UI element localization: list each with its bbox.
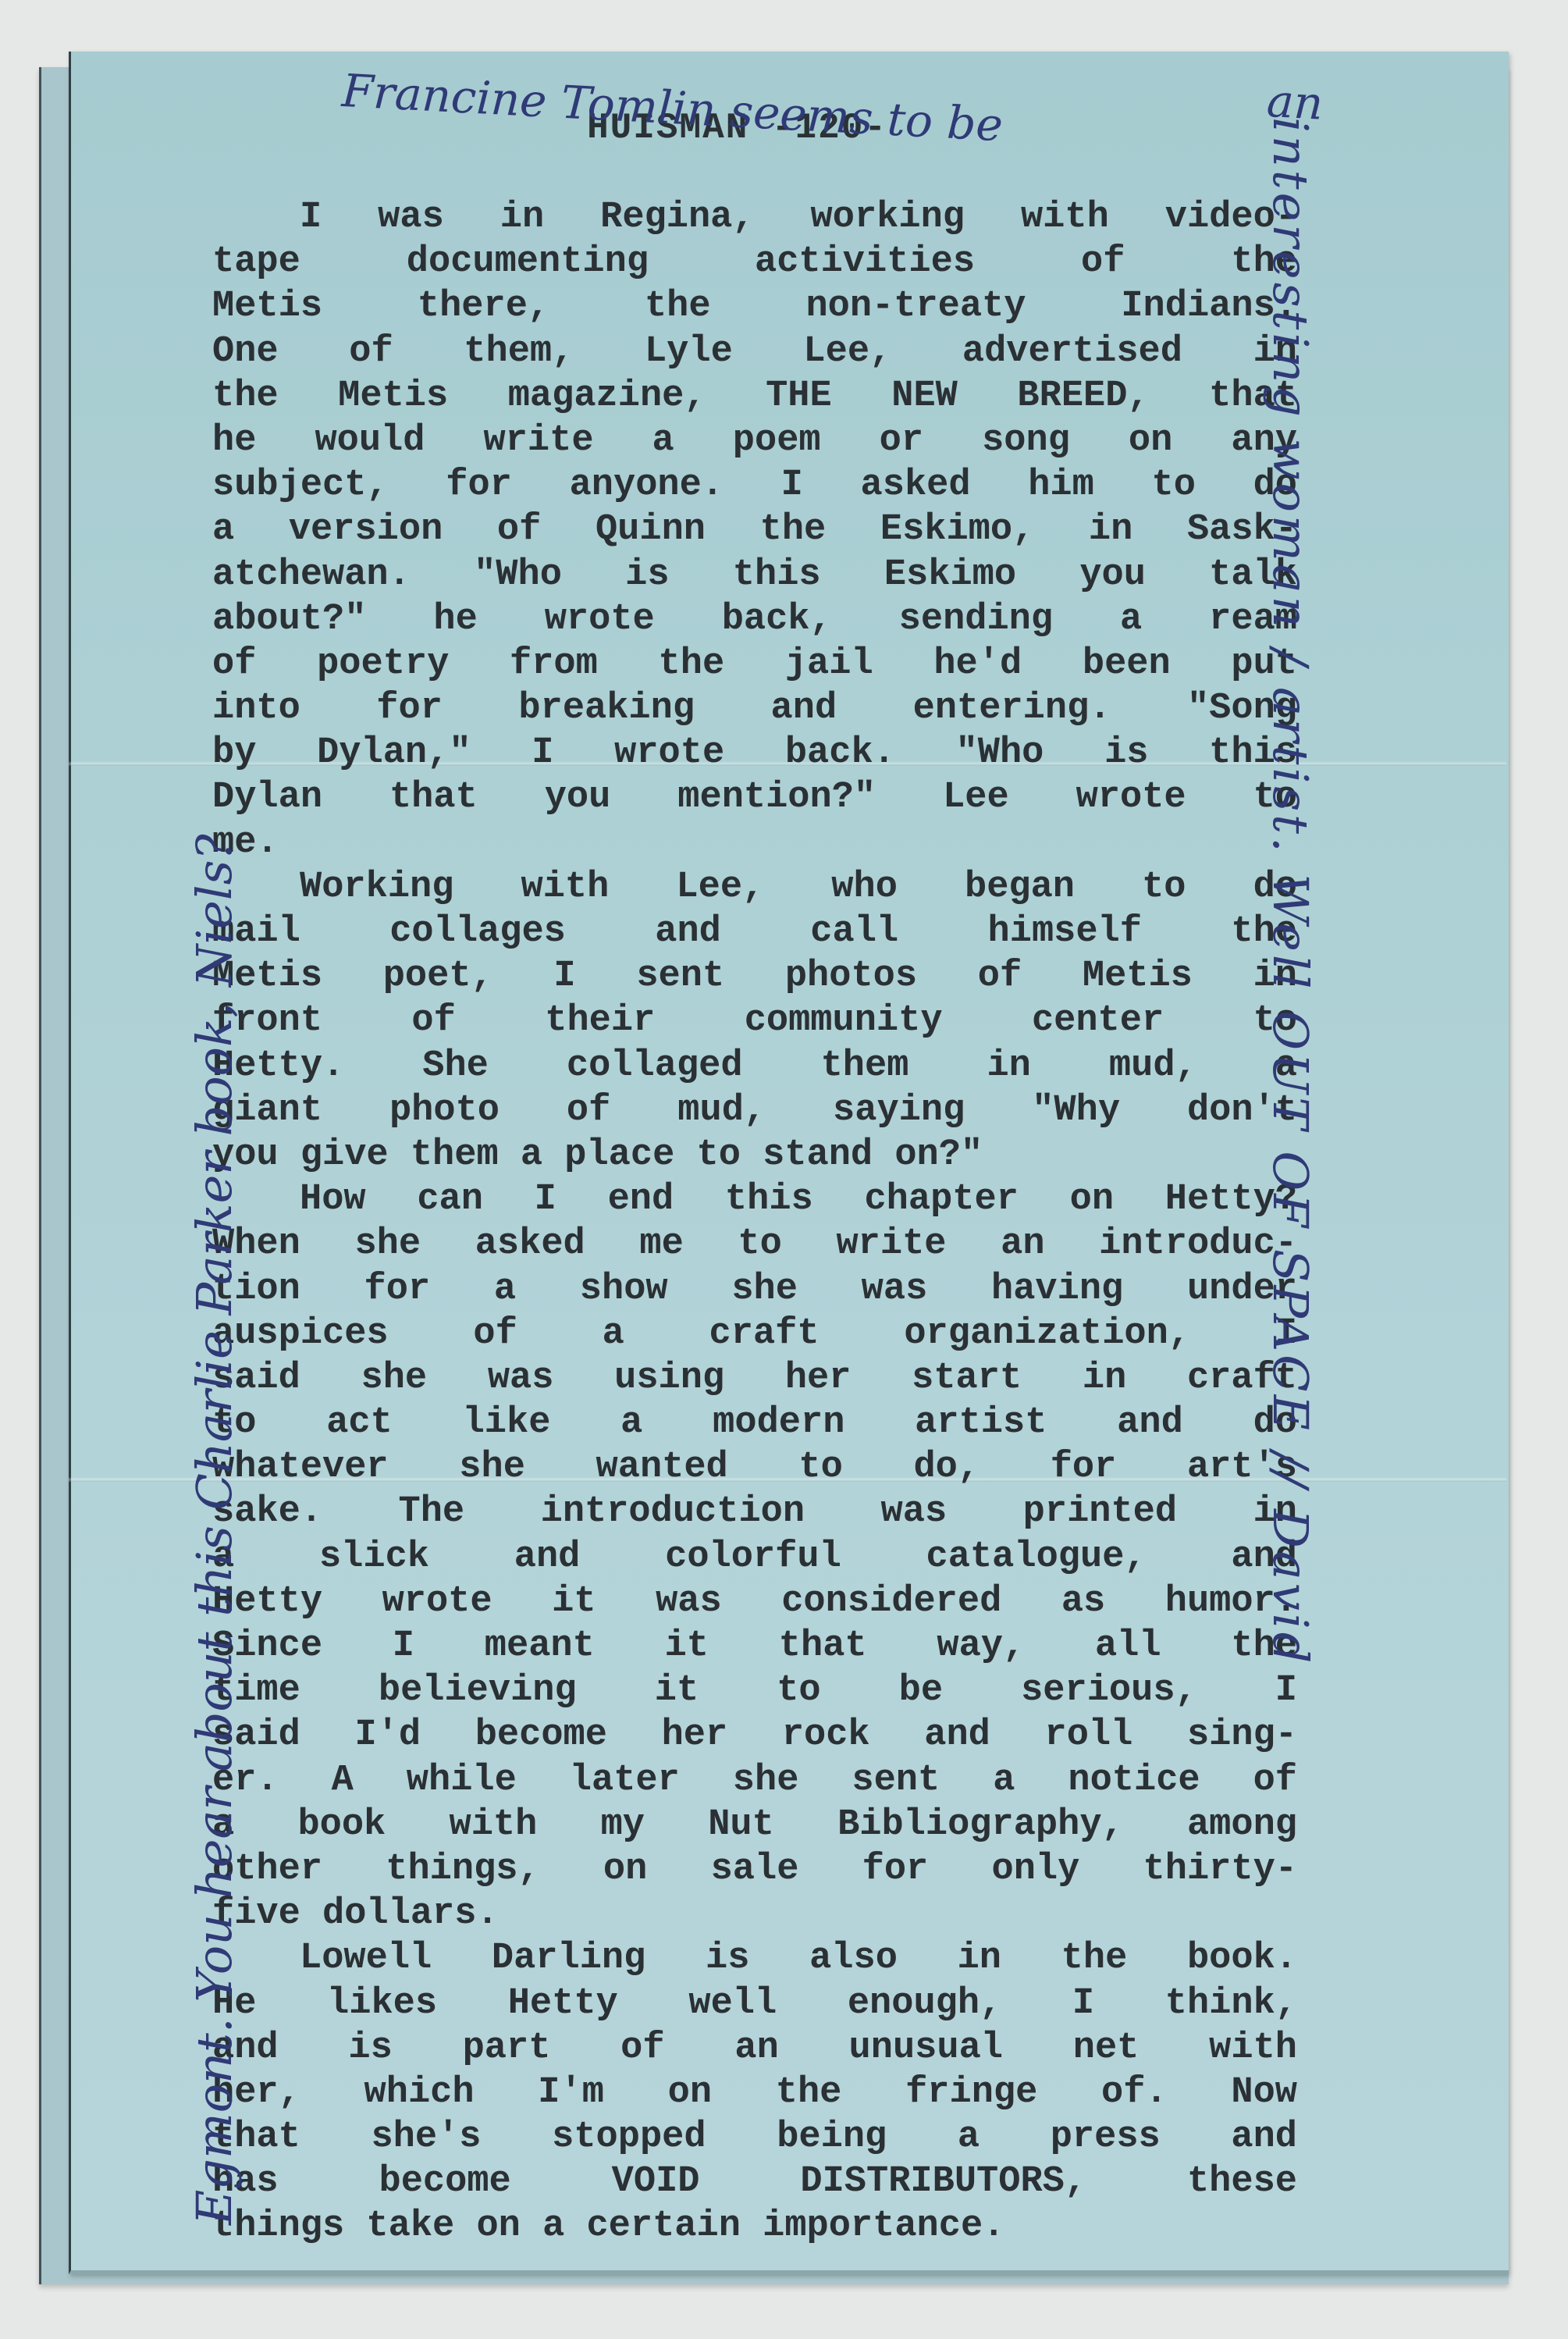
typed-line: Working with Lee, who began to do <box>212 865 1297 910</box>
typed-line: front of their community center to <box>212 999 1297 1043</box>
typed-line: How can I end this chapter on Hetty? <box>212 1177 1297 1222</box>
typed-line: Hetty wrote it was considered as humor. <box>212 1579 1297 1624</box>
typed-line: When she asked me to write an introduc- <box>212 1222 1297 1266</box>
typed-line: a book with my Nut Bibliography, among <box>212 1803 1297 1847</box>
typed-line: to act like a modern artist and do <box>212 1401 1297 1445</box>
typed-line: time believing it to be serious, I <box>212 1668 1297 1713</box>
typed-line: a slick and colorful catalogue, and <box>212 1535 1297 1579</box>
typed-line: Since I meant it that way, all the <box>212 1624 1297 1668</box>
typed-line: sake. The introduction was printed in <box>212 1490 1297 1534</box>
typed-line: the Metis magazine, THE NEW BREED, that <box>212 374 1297 418</box>
typed-line: tape documenting activities of the <box>212 240 1297 284</box>
typed-line: Metis poet, I sent photos of Metis in <box>212 954 1297 999</box>
typed-line: of poetry from the jail he'd been put <box>212 642 1297 686</box>
typed-line: auspices of a craft organization, I <box>212 1312 1297 1356</box>
typed-line: Metis there, the non-treaty Indians. <box>212 284 1297 329</box>
typed-line: and is part of an unusual net with <box>212 2026 1297 2070</box>
typed-line: He likes Hetty well enough, I think, <box>212 1981 1297 2026</box>
typed-line: whatever she wanted to do, for art's <box>212 1445 1297 1490</box>
typed-line: five dollars. <box>212 1892 1297 1936</box>
typed-line: I was in Regina, working with video- <box>212 195 1297 240</box>
typed-line: her, which I'm on the fringe of. Now <box>212 2070 1297 2115</box>
typed-line: giant photo of mud, saying "Why don't <box>212 1088 1297 1133</box>
typed-line: about?" he wrote back, sending a ream <box>212 597 1297 642</box>
typed-line: he would write a poem or song on any <box>212 418 1297 463</box>
typed-line: mail collages and call himself the <box>212 910 1297 954</box>
typed-line: into for breaking and entering. "Song <box>212 686 1297 731</box>
typed-line: tion for a show she was having under <box>212 1267 1297 1312</box>
typed-line: me. <box>212 821 1297 865</box>
handwritten-note-left-margin: Egmont. You hear about this Charlie Park… <box>186 834 243 2225</box>
typed-line: that she's stopped being a press and <box>212 2115 1297 2159</box>
typed-line: you give them a place to stand on?" <box>212 1133 1297 1177</box>
typed-line: subject, for anyone. I asked him to do <box>212 463 1297 507</box>
typed-line: things take on a certain importance. <box>212 2204 1297 2248</box>
typed-line: er. A while later she sent a notice of <box>212 1758 1297 1803</box>
typed-line: by Dylan," I wrote back. "Who is this <box>212 731 1297 775</box>
typed-line: has become VOID DISTRIBUTORS, these <box>212 2159 1297 2204</box>
typed-line: atchewan. "Who is this Eskimo you talk <box>212 553 1297 597</box>
typed-line: Dylan that you mention?" Lee wrote to <box>212 775 1297 820</box>
typed-line: other things, on sale for only thirty- <box>212 1847 1297 1892</box>
handwritten-note-right-margin: interesting woman / artist. Well OUT OF … <box>1262 117 1319 1666</box>
typed-line: a version of Quinn the Eskimo, in Sask- <box>212 507 1297 552</box>
typed-line: Lowell Darling is also in the book. <box>212 1936 1297 1981</box>
typed-line: Hetty. She collaged them in mud, a <box>212 1044 1297 1088</box>
typed-line: said I'd become her rock and roll sing- <box>212 1713 1297 1757</box>
typed-line: said she was using her start in craft <box>212 1356 1297 1401</box>
typed-body: I was in Regina, working with video-tape… <box>212 195 1297 2249</box>
typed-line: One of them, Lyle Lee, advertised in <box>212 329 1297 374</box>
